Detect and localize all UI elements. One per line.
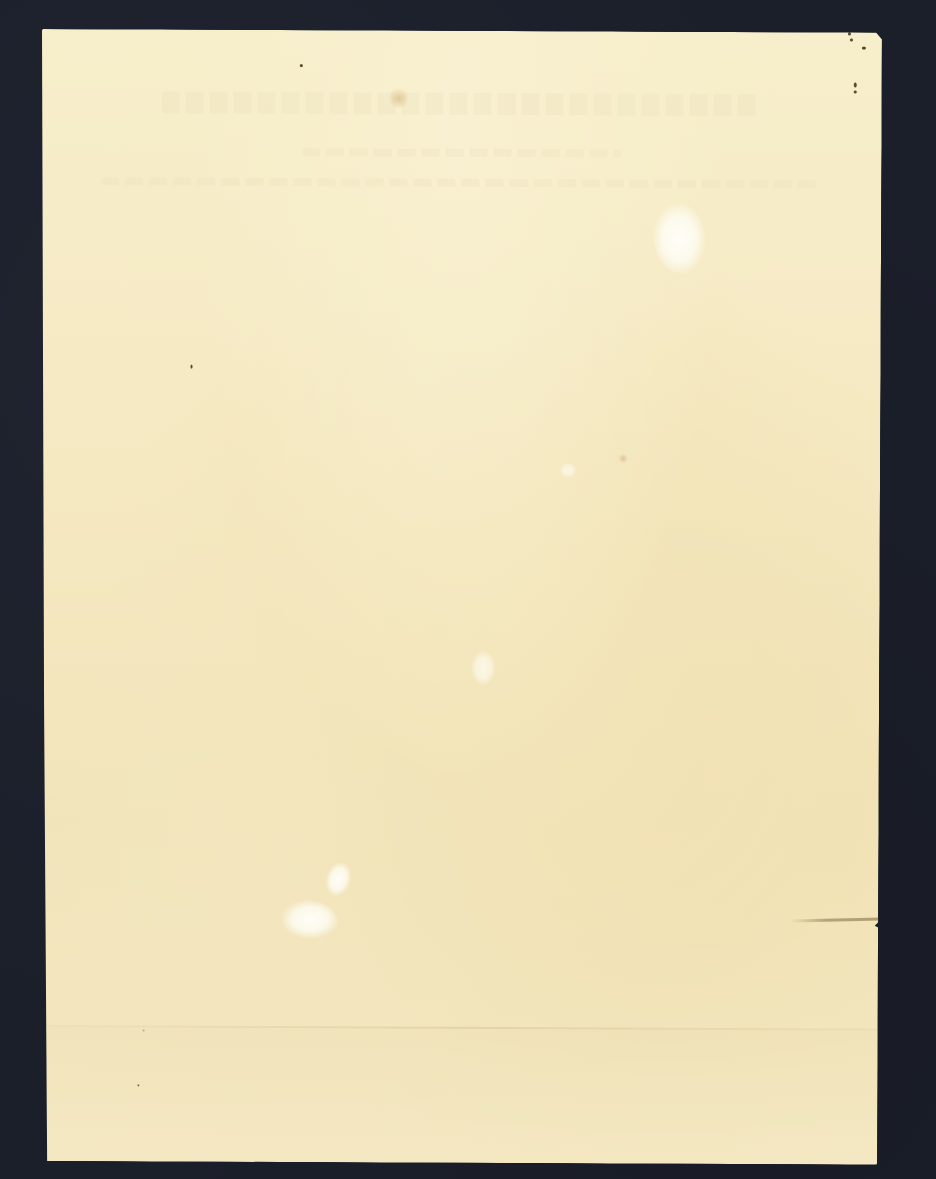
paper-scuff: [653, 204, 705, 274]
paper-scuff: [471, 651, 495, 685]
paper-scuff: [560, 463, 576, 477]
bleed-through-text-line: [162, 92, 762, 117]
paper-scuff: [282, 900, 338, 938]
bleed-through-text-line: [301, 148, 621, 157]
speck: [862, 47, 866, 50]
speck: [848, 33, 851, 36]
paper-scuff: [322, 860, 354, 899]
edge-tear: [790, 917, 882, 922]
bleed-through-text-line: [101, 177, 821, 188]
speck: [191, 365, 193, 369]
speck: [854, 91, 857, 94]
foxing-stain: [390, 87, 408, 111]
speck: [850, 39, 853, 42]
foxing-stain: [618, 454, 628, 464]
paper-card: [37, 29, 882, 1165]
speck: [854, 83, 857, 88]
lower-band: [37, 1027, 878, 1165]
speck: [300, 64, 303, 67]
